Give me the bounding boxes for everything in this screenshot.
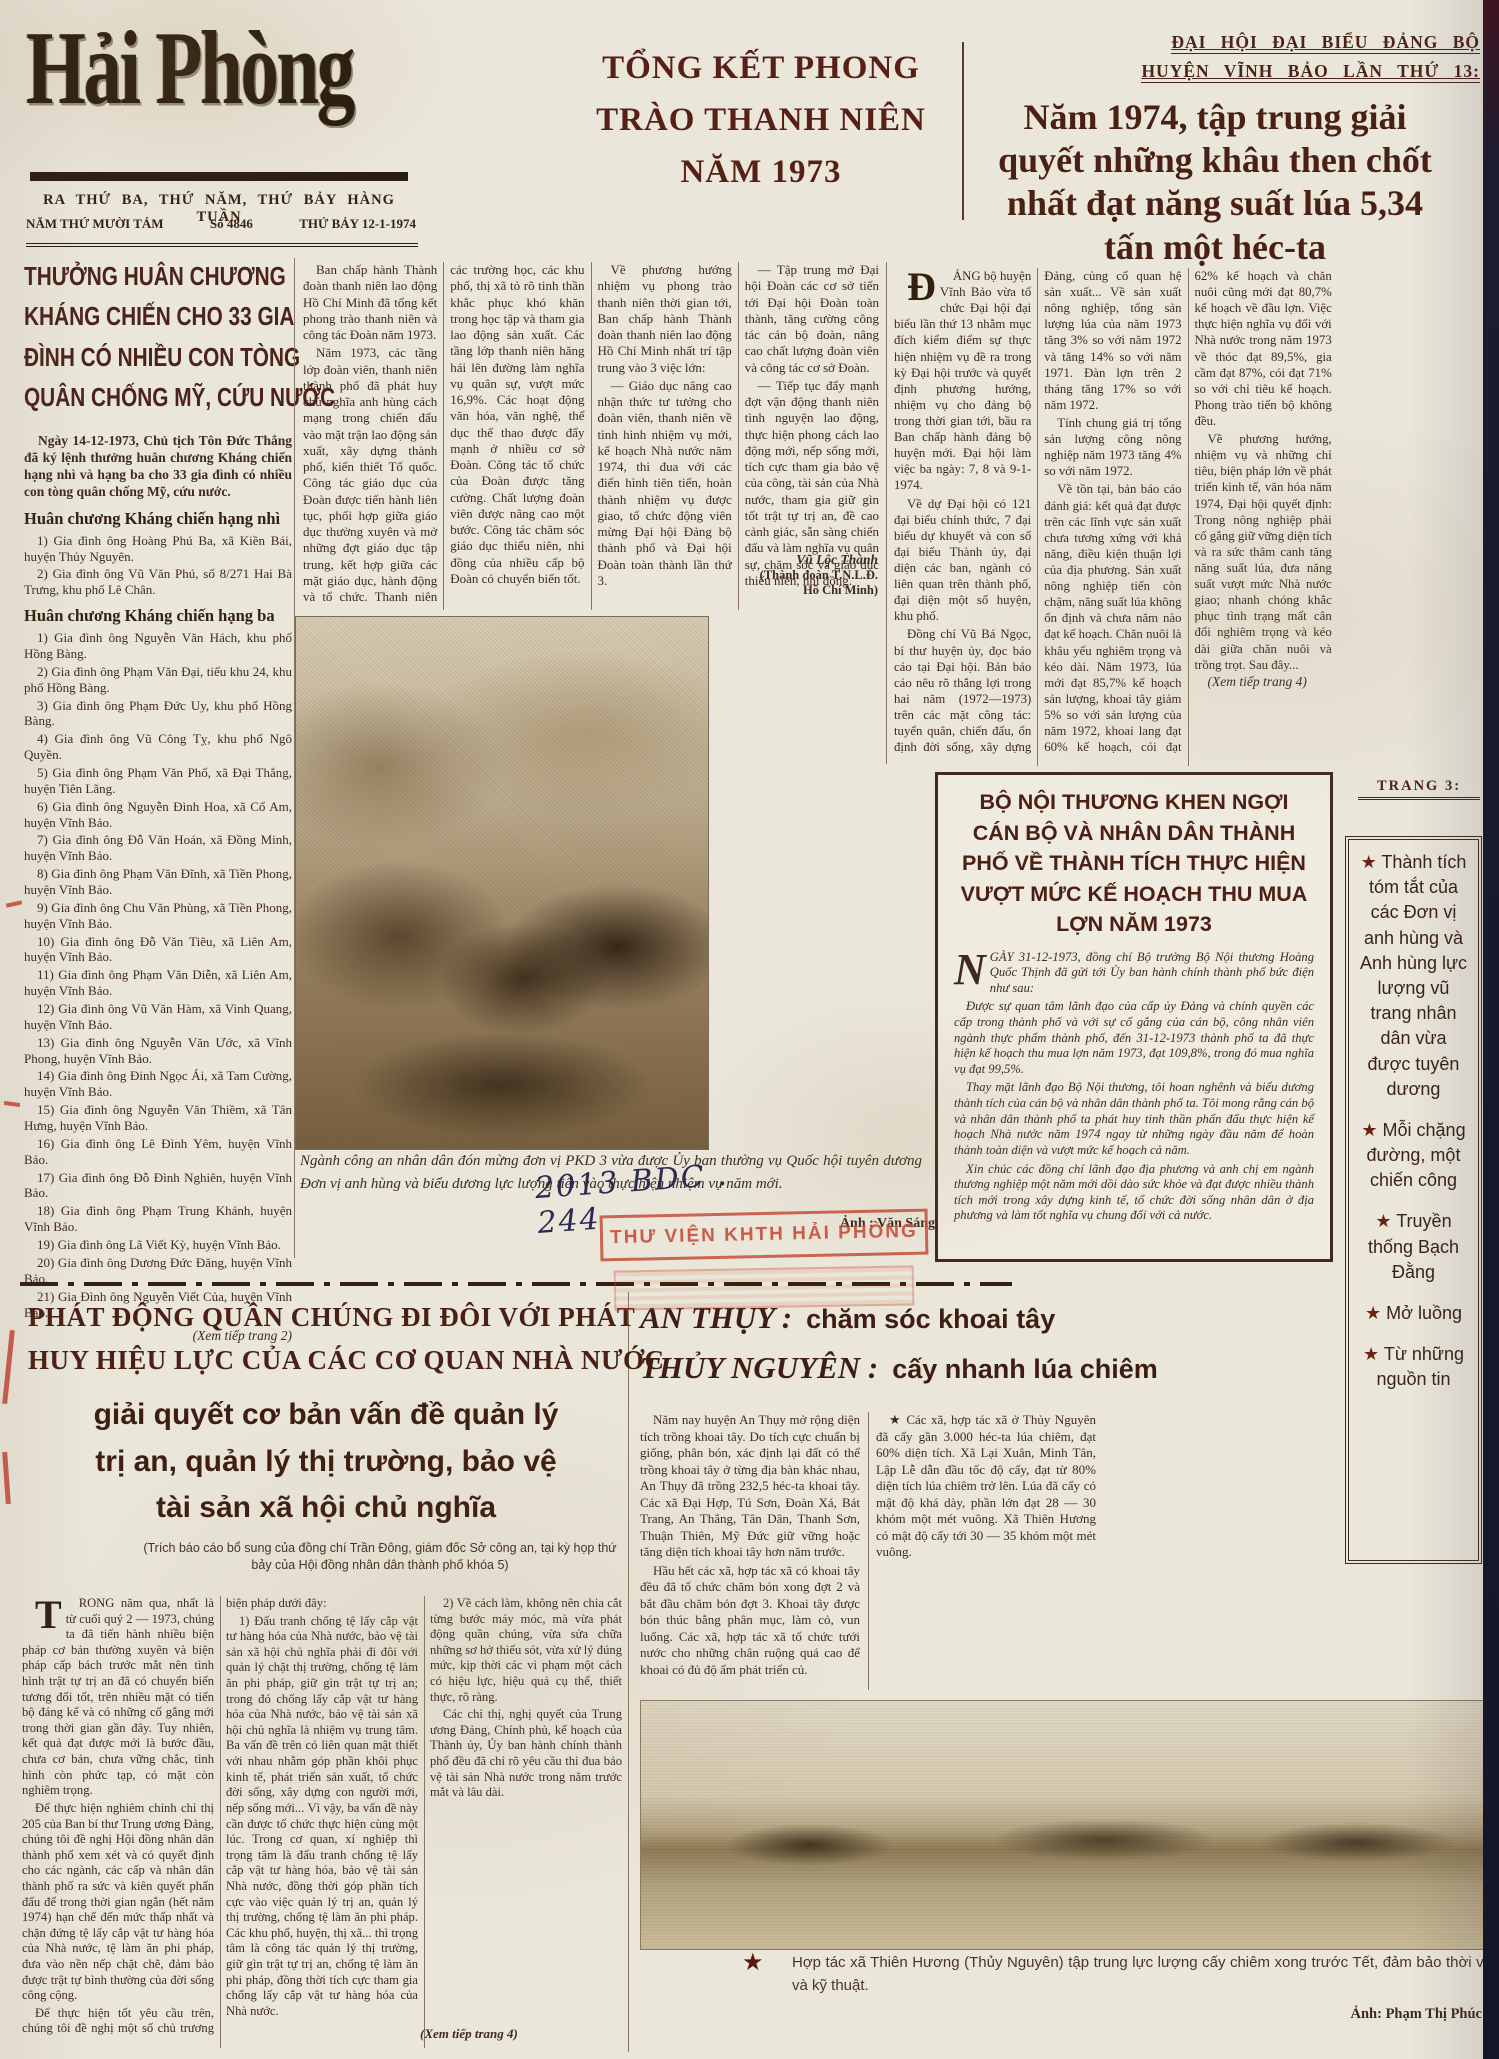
parade-photo — [295, 616, 709, 1150]
paragraph: ĐẢNG bộ huyện Vĩnh Bảo vừa tổ chức Đại h… — [894, 268, 1031, 494]
issue-row: NĂM THỨ MƯỜI TÁM Số 4846 THỨ BẢY 12-1-19… — [26, 216, 416, 232]
paragraph: Được sự quan tâm lãnh đạo của cấp ủy Đản… — [954, 999, 1314, 1077]
headline-line: tấn một héc-ta — [948, 226, 1482, 269]
publication-year: NĂM THỨ MƯỜI TÁM — [26, 216, 164, 232]
headline-line: trị an, quản lý thị trường, bảo vệ — [34, 1439, 618, 1486]
award-section-title: Huân chương Kháng chiến hạng ba — [24, 606, 292, 626]
masthead-rule — [30, 172, 408, 181]
headline-line: QUÂN CHỐNG MỸ, CỨU NƯỚC — [24, 377, 238, 417]
family-item: 17) Gia đình ông Đỗ Đình Nghiên, huyện V… — [24, 1170, 292, 1202]
kicker-line: ĐẠI HỘI ĐẠI BIỂU ĐẢNG BỘ — [1171, 32, 1480, 54]
paragraph: 1) Đấu tranh chống tệ lấy cắp vật tư hàn… — [226, 1614, 418, 2020]
paragraph: Ban chấp hành Thành đoàn thanh niên lao … — [303, 262, 437, 343]
paragraph: Xin chúc các đồng chí lãnh đạo địa phươn… — [954, 1162, 1314, 1224]
headline-line: Năm 1974, tập trung giải — [948, 96, 1482, 139]
headline-line: quyết những khâu then chốt — [948, 139, 1482, 182]
page3-item: ★ Truyền thống Bạch Đằng — [1357, 1209, 1470, 1285]
paragraph: Về phương hướng nhiệm vụ phong trào than… — [598, 262, 732, 376]
paragraph: Để thực hiện nghiêm chỉnh chỉ thị 205 củ… — [22, 1801, 214, 2004]
family-item: 1) Gia đình ông Nguyễn Văn Hách, khu phố… — [24, 630, 292, 662]
headline-line: KHÁNG CHIẾN CHO 33 GIA — [24, 296, 238, 336]
newspaper-page: Hải Phòng RA THỨ BA, THỨ NĂM, THỨ BẢY HÀ… — [0, 0, 1499, 2059]
trade-box-paragraphs: Được sự quan tâm lãnh đạo của cấp ủy Đản… — [954, 999, 1314, 1224]
page3-label: TRANG 3: — [1358, 778, 1480, 800]
headline-line: THƯỞNG HUÂN CHƯƠNG — [24, 256, 238, 296]
headline-line: HUY HIỆU LỰC CỦA CÁC CƠ QUAN NHÀ NƯỚC — [28, 1339, 620, 1382]
byline-name: Vũ Lộc Thành — [700, 552, 878, 568]
family-item: 1) Gia đình ông Hoàng Phú Ba, xã Kiền Bá… — [24, 533, 292, 565]
continued-note: (Xem tiếp trang 4) — [420, 2026, 518, 2042]
paragraph: TRONG năm qua, nhất là từ cuối quý 2 — 1… — [22, 1596, 214, 1799]
family-item: 13) Gia đình ông Nguyễn Văn Ước, xã Vĩnh… — [24, 1035, 292, 1067]
headline-line: tài sản xã hội chủ nghĩa — [34, 1485, 618, 1532]
family-item: 11) Gia đình ông Phạm Văn Diễn, xã Liên … — [24, 967, 292, 999]
family-item: 16) Gia đình ông Lê Đình Yêm, huyện Vĩnh… — [24, 1136, 292, 1168]
issue-number: Số 4846 — [210, 216, 253, 232]
farm-news-body: Năm nay huyện An Thụy mở rộng diện tích … — [640, 1412, 1332, 1690]
page3-item: ★ Mỗi chặng đường, một chiến công — [1357, 1118, 1470, 1194]
family-item: 18) Gia đình ông Phạm Trung Khánh, huyện… — [24, 1203, 292, 1235]
red-pen-mark — [2, 1330, 15, 1404]
family-item: 8) Gia đình ông Phạm Văn Đĩnh, xã Tiền P… — [24, 866, 292, 898]
family-item: 6) Gia đình ông Nguyễn Đình Hoa, xã Cổ A… — [24, 799, 292, 831]
faded-stamp — [614, 1265, 915, 1310]
paragraph: Các chỉ thị, nghị quyết của Trung ương Đ… — [430, 1707, 622, 1801]
youth-article-headline: TỔNG KẾT PHONGTRÀO THANH NIÊNNĂM 1973 — [596, 42, 926, 198]
award-list-hang-nhi: 1) Gia đình ông Hoàng Phú Ba, xã Kiền Bá… — [24, 533, 292, 598]
paragraph: Năm nay huyện An Thụy mở rộng diện tích … — [640, 1412, 860, 1561]
headline-line: ĐÌNH CÓ NHIỀU CON TÒNG — [24, 337, 238, 377]
security-article-attribution: (Trích báo cáo bổ sung của đồng chí Trần… — [140, 1540, 620, 1574]
security-article-body: TRONG năm qua, nhất là từ cuối quý 2 — 1… — [22, 1596, 622, 2048]
headline-line: TRÀO THANH NIÊN — [596, 94, 926, 146]
red-pen-mark — [6, 900, 22, 907]
family-item: 14) Gia đình ông Đinh Ngọc Ái, xã Tam Cư… — [24, 1068, 292, 1100]
paragraph: ★ Các xã, hợp tác xã ở Thủy Nguyên đã cấ… — [876, 1412, 1096, 1561]
library-stamp: THƯ VIỆN KHTH HẢI PHÒNG — [600, 1209, 929, 1262]
family-item: 12) Gia đình ông Vũ Văn Hàm, xã Vinh Qua… — [24, 1001, 292, 1033]
page3-item: ★ Thành tích tóm tắt của các Đơn vị anh … — [1357, 850, 1470, 1102]
family-item: 3) Gia đình ông Phạm Đức Uy, khu phố Hồn… — [24, 698, 292, 730]
scan-edge-strip — [1483, 0, 1499, 2059]
headline-line: PHÁT ĐỘNG QUẦN CHÚNG ĐI ĐÔI VỚI PHÁT — [28, 1296, 620, 1339]
vinh-bao-headline: Năm 1974, tập trung giảiquyết những khâu… — [948, 96, 1482, 269]
star-mark: ★ — [742, 1948, 764, 1977]
headline-text: chăm sóc khoai tây — [806, 1304, 1055, 1334]
family-item: 10) Gia đình ông Đỗ Văn Tiêu, xã Liên Am… — [24, 934, 292, 966]
page3-contents-box: ★ Thành tích tóm tắt của các Đơn vị anh … — [1345, 836, 1482, 1564]
continued-note: (Xem tiếp trang 4) — [1195, 673, 1332, 690]
security-article-kicker: PHÁT ĐỘNG QUẦN CHÚNG ĐI ĐÔI VỚI PHÁTHUY … — [28, 1296, 620, 1382]
red-pen-mark — [4, 1101, 20, 1107]
award-list-hang-ba: 1) Gia đình ông Nguyễn Văn Hách, khu phố… — [24, 630, 292, 1320]
headline-line: TỔNG KẾT PHONG — [596, 42, 926, 94]
award-lead: Ngày 14-12-1973, Chủ tịch Tôn Đức Thắng … — [24, 433, 292, 501]
family-item: 5) Gia đình ông Phạm Văn Phố, xã Đại Thắ… — [24, 765, 292, 797]
red-pen-mark — [2, 1452, 11, 1504]
vinh-bao-kicker: ĐẠI HỘI ĐẠI BIỂU ĐẢNG BỘ HUYỆN VĨNH BẢO … — [980, 32, 1480, 90]
paragraph: Về dự Đại hội có 121 đại biểu chính thức… — [894, 496, 1031, 625]
family-item: 9) Gia đình ông Chu Văn Phùng, xã Tiền P… — [24, 900, 292, 932]
family-item: 7) Gia đình ông Đỗ Văn Hoán, xã Đồng Min… — [24, 832, 292, 864]
page3-item: ★ Từ những nguồn tin — [1357, 1342, 1470, 1392]
rice-field-photo-caption: Hợp tác xã Thiên Hương (Thủy Nguyên) tập… — [792, 1952, 1492, 1997]
column-rule — [886, 262, 887, 764]
paragraph: Về phương hướng, nhiệm vụ và những chỉ t… — [1195, 431, 1332, 673]
paragraph: NGÀY 31-12-1973, đồng chí Bộ trưởng Bộ N… — [954, 950, 1314, 997]
family-item: 19) Gia đình ông Lã Viết Kỳ, huyện Vĩnh … — [24, 1237, 292, 1253]
award-section-title: Huân chương Kháng chiến hạng nhì — [24, 509, 292, 529]
thuy-nguyen-headline: THỦY NGUYÊN :cấy nhanh lúa chiêm — [640, 1350, 1340, 1386]
issue-underline — [26, 243, 418, 247]
security-article-headline: giải quyết cơ bản vấn đề quản lýtrị an, … — [34, 1392, 618, 1532]
column-rule — [628, 1292, 629, 2052]
vinh-bao-article-body: ĐẢNG bộ huyện Vĩnh Bảo vừa tổ chức Đại h… — [894, 268, 1482, 766]
byline-org: Hồ Chí Minh) — [700, 583, 878, 598]
headline-line: giải quyết cơ bản vấn đề quản lý — [34, 1392, 618, 1439]
paragraph: Tính chung giá trị tổng sản lượng công n… — [1044, 415, 1181, 479]
family-item: 2) Gia đình ông Vũ Văn Phú, số 8/271 Hai… — [24, 566, 292, 598]
paragraph: Hầu hết các xã, hợp tác xã có khoai tây … — [640, 1563, 860, 1679]
kicker-line: HUYỆN VĨNH BẢO LẦN THỨ 13: — [1141, 61, 1480, 83]
locality-label: THỦY NGUYÊN : — [640, 1350, 878, 1385]
rice-field-photo — [640, 1700, 1484, 1950]
paragraph: Thay mặt lãnh đạo Bộ Nội thương, tôi hoa… — [954, 1080, 1314, 1158]
headline-text: cấy nhanh lúa chiêm — [892, 1354, 1158, 1384]
byline-org: (Thành đoàn T.N.L.Đ. — [700, 568, 878, 583]
award-headline: THƯỞNG HUÂN CHƯƠNGKHÁNG CHIẾN CHO 33 GIA… — [24, 256, 292, 417]
photo-credit: Ảnh: Phạm Thị Phúc — [1240, 2006, 1482, 2023]
family-item: 4) Gia đình ông Vũ Công Tỵ, khu phố Ngô … — [24, 731, 292, 763]
page3-item: ★ Mở luồng — [1357, 1301, 1470, 1326]
family-item: 15) Gia đình ông Nguyễn Văn Thiềm, xã Tâ… — [24, 1102, 292, 1134]
award-article: THƯỞNG HUÂN CHƯƠNGKHÁNG CHIẾN CHO 33 GIA… — [24, 256, 292, 1344]
paragraph: 2) Về cách làm, không nên chia cắt từng … — [430, 1596, 622, 1705]
issue-date: THỨ BẢY 12-1-1974 — [299, 216, 416, 232]
family-item: 2) Gia đình ông Phạm Văn Đại, tiểu khu 2… — [24, 664, 292, 696]
headline-line: nhất đạt năng suất lúa 5,34 — [948, 182, 1482, 225]
youth-article-byline: Vũ Lộc Thành (Thành đoàn T.N.L.Đ. Hồ Chí… — [700, 552, 878, 598]
trade-ministry-box: BỘ NỘI THƯƠNG KHEN NGỢI CÁN BỘ VÀ NHÂN D… — [935, 772, 1333, 1262]
trade-box-headline: BỘ NỘI THƯƠNG KHEN NGỢI CÁN BỘ VÀ NHÂN D… — [954, 787, 1314, 940]
headline-line: NĂM 1973 — [596, 146, 926, 198]
newspaper-title: Hải Phòng — [26, 8, 353, 129]
paragraph: — Tập trung mở Đại hội Đoàn các cơ sở ti… — [745, 262, 879, 376]
